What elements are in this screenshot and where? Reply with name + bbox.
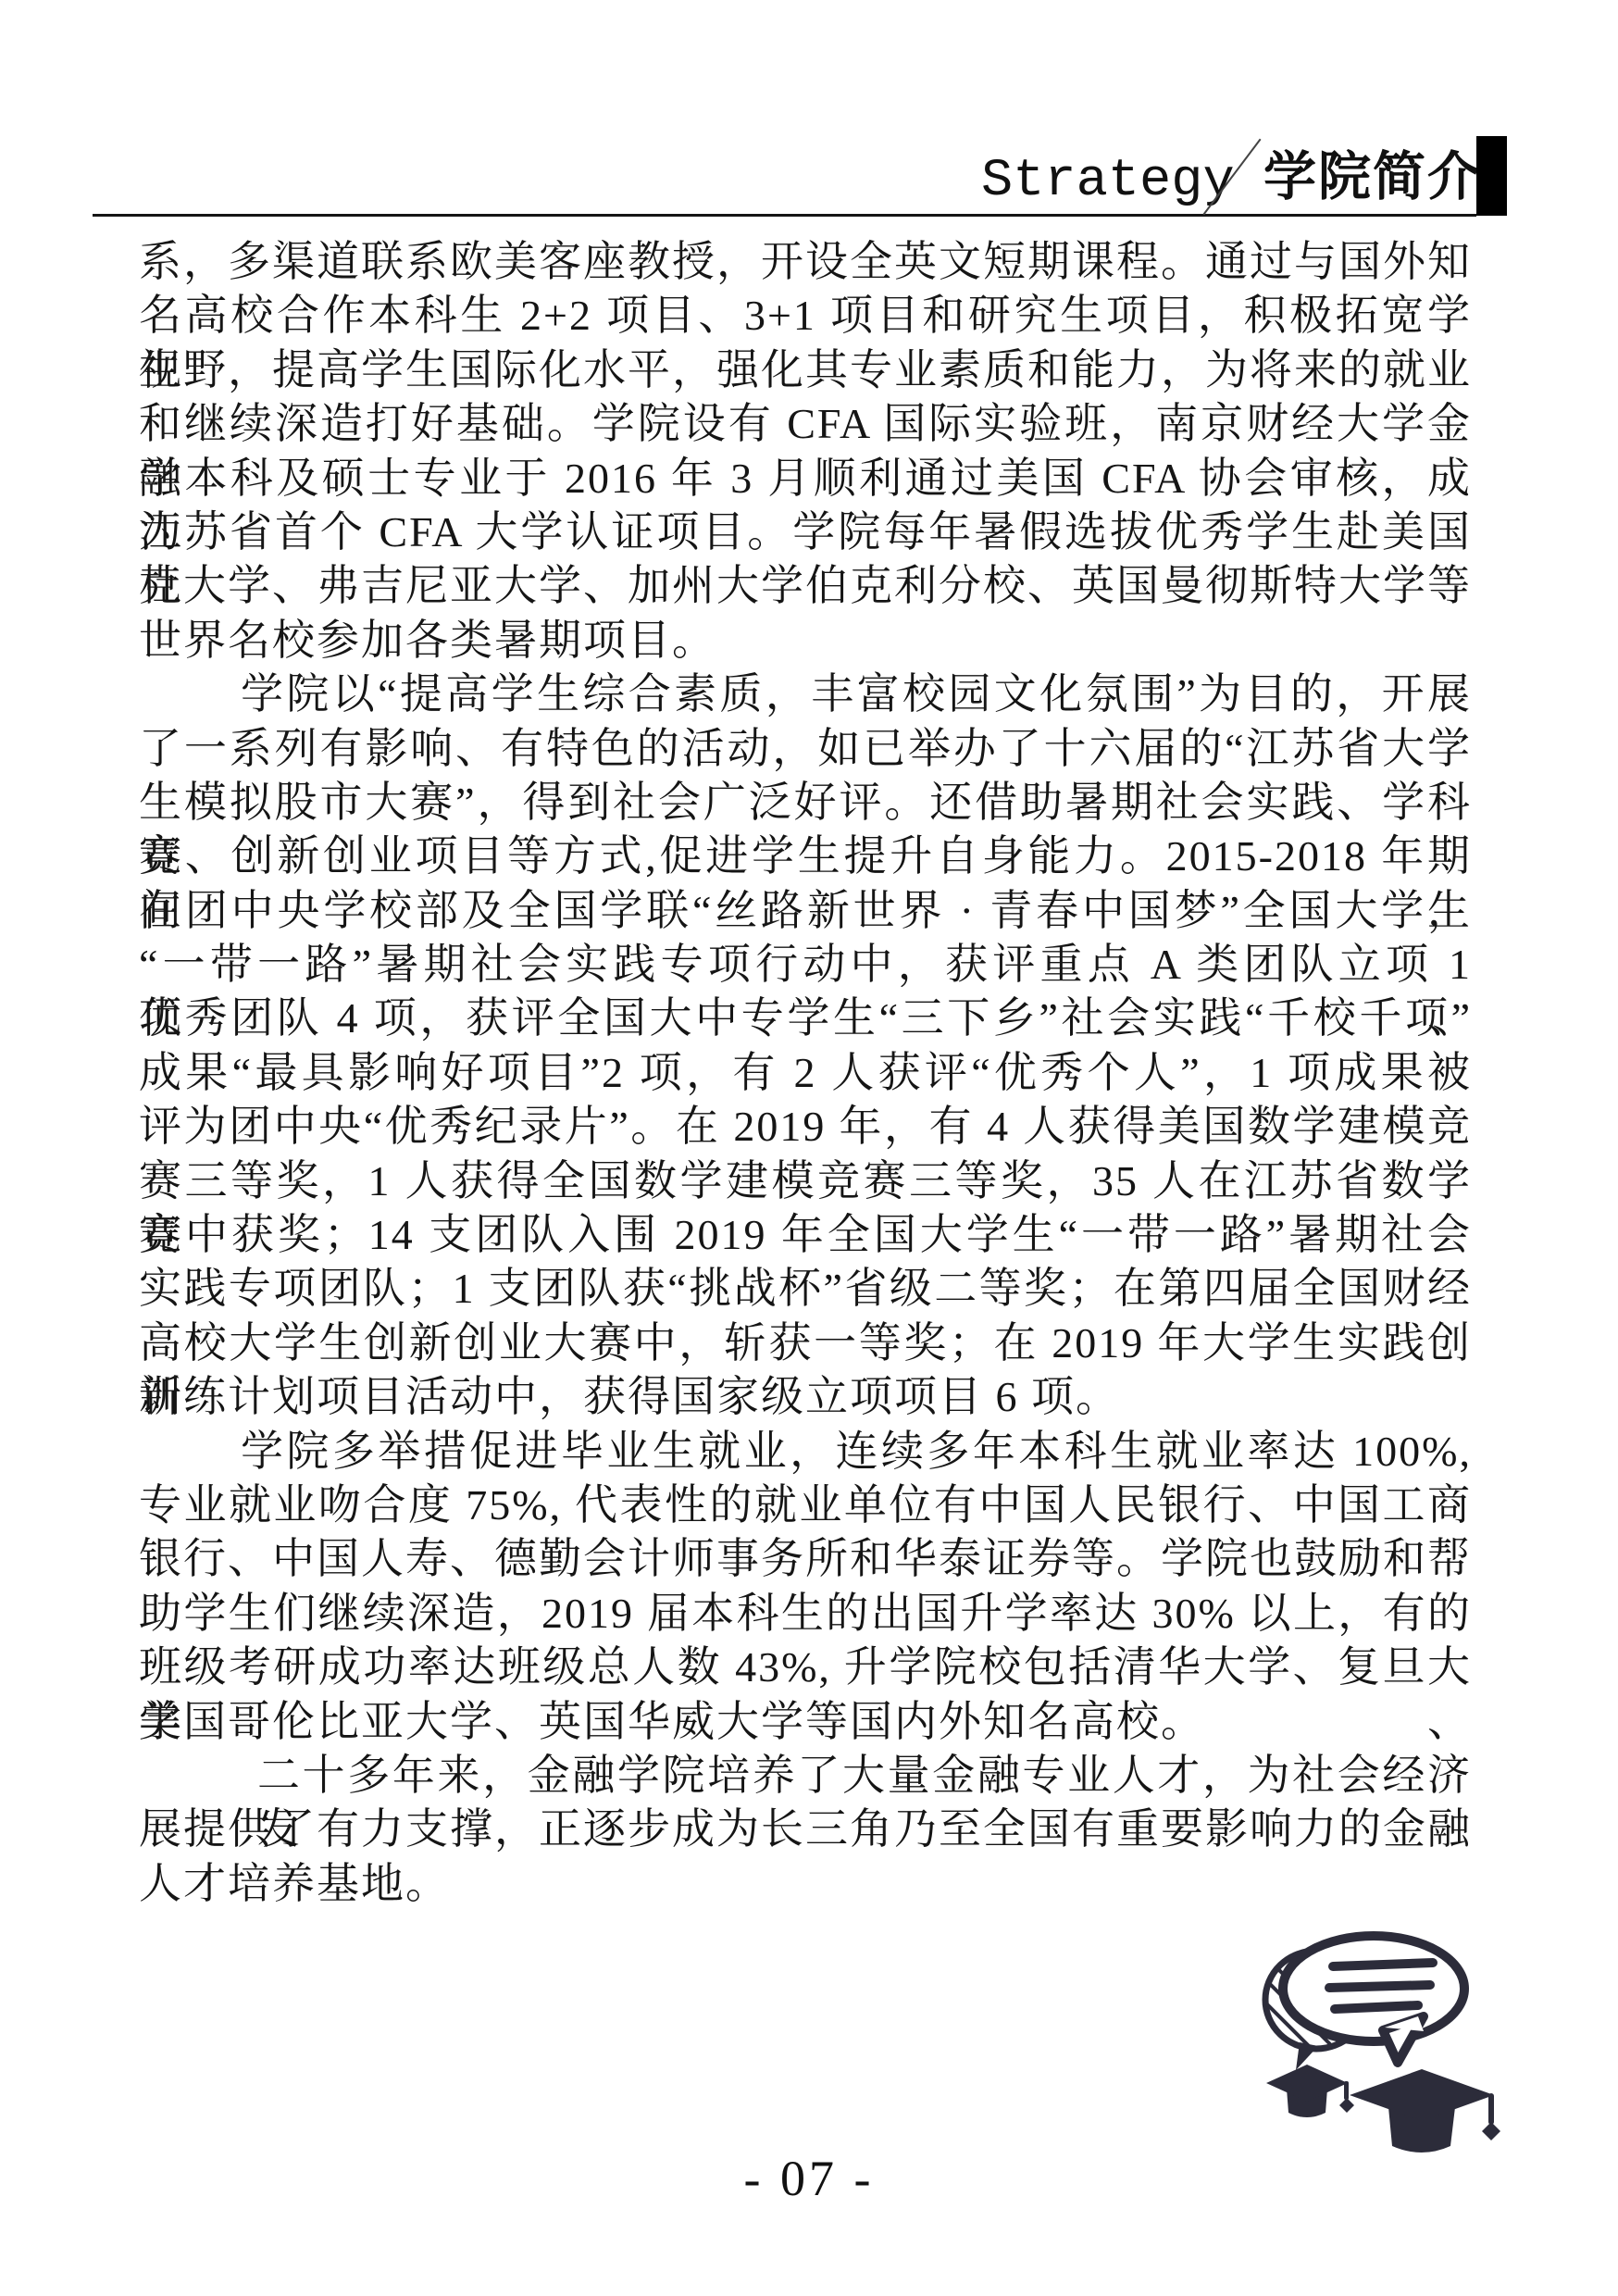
- text-line: 世界名校参加各类暑期项目。: [139, 614, 1472, 668]
- text-line: 人才培养基地。: [139, 1857, 1472, 1911]
- text-line: 江苏省首个 CFA 大学认证项目。学院每年暑假选拔优秀学生赴美国杜: [139, 505, 1472, 559]
- text-line: 学院以“提高学生综合素质，丰富校园文化氛围”为目的，开展: [139, 668, 1472, 721]
- header-black-block: [1476, 136, 1507, 216]
- speech-bubble-icon: [1283, 1936, 1464, 2063]
- text-line: 赛三等奖，1 人获得全国数学建模竞赛三等奖，35 人在江苏省数学竞: [139, 1154, 1472, 1208]
- text-line: 系，多渠道联系欧美客座教授，开设全英文短期课程。通过与国外知: [139, 235, 1472, 289]
- text-line: 视野，提高学生国际化水平，强化其专业素质和能力，为将来的就业: [139, 343, 1472, 397]
- text-line: 实践专项团队；1 支团队获“挑战杯”省级二等奖；在第四届全国财经: [139, 1262, 1472, 1316]
- text-line: 专业就业吻合度 75%, 代表性的就业单位有中国人民银行、中国工商: [139, 1479, 1472, 1532]
- text-line: 二十多年来，金融学院培养了大量金融专业人才，为社会经济发: [139, 1749, 1472, 1803]
- text-line: 训练计划项目活动中，获得国家级立项项目 6 项。: [139, 1370, 1472, 1424]
- body-text: 系，多渠道联系欧美客座教授，开设全英文短期课程。通过与国外知名高校合作本科生 2…: [139, 235, 1472, 1911]
- text-line: 赛、创新创业项目等方式,促进学生提升自身能力。2015-2018 年期间，: [139, 830, 1472, 883]
- text-line: 助学生们继续深造，2019 届本科生的出国升学率达 30% 以上，有的: [139, 1587, 1472, 1641]
- graduation-cap-small-icon: [1266, 2065, 1354, 2117]
- text-line: 银行、中国人寿、德勤会计师事务所和华泰证券等。学院也鼓励和帮: [139, 1532, 1472, 1586]
- header-chinese-title: 学院简介: [1263, 146, 1482, 207]
- speech-bubble-graduation-caps-illustration: [1251, 1924, 1503, 2185]
- header-english-label: Strategy: [981, 154, 1203, 209]
- text-line: 成果“最具影响好项目”2 项，有 2 人获评“优秀个人”，1 项成果被: [139, 1046, 1472, 1100]
- text-line: 学本科及硕士专业于 2016 年 3 月顺利通过美国 CFA 协会审核，成为: [139, 452, 1472, 505]
- text-line: 学院多举措促进毕业生就业，连续多年本科生就业率达 100%,: [139, 1425, 1472, 1479]
- page-number: - 07 -: [0, 2150, 1618, 2207]
- text-line: 和继续深造打好基础。学院设有 CFA 国际实验班，南京财经大学金融: [139, 397, 1472, 451]
- text-line: 克大学、弗吉尼亚大学、加州大学伯克利分校、英国曼彻斯特大学等: [139, 559, 1472, 613]
- text-line: 高校大学生创新创业大赛中，斩获一等奖；在 2019 年大学生实践创新: [139, 1316, 1472, 1370]
- text-line: 了一系列有影响、有特色的活动，如已举办了十六届的“江苏省大学: [139, 722, 1472, 776]
- text-line: 生模拟股市大赛”，得到社会广泛好评。还借助暑期社会实践、学科竞: [139, 776, 1472, 830]
- text-line: 名高校合作本科生 2+2 项目、3+1 项目和研究生项目，积极拓宽学生: [139, 289, 1472, 343]
- text-line: 赛中获奖；14 支团队入围 2019 年全国大学生“一带一路”暑期社会: [139, 1208, 1472, 1262]
- text-line: 在团中央学校部及全国学联“丝路新世界 · 青春中国梦”全国大学生: [139, 884, 1472, 938]
- text-line: 班级考研成功率达班级总人数 43%, 升学院校包括清华大学、复旦大学、: [139, 1641, 1472, 1694]
- document-page: Strategy 学院简介 系，多渠道联系欧美客座教授，开设全英文短期课程。通过…: [0, 0, 1618, 2296]
- header-rule: [93, 214, 1476, 217]
- text-line: 优秀团队 4 项，获评全国大中专学生“三下乡”社会实践“千校千项”: [139, 992, 1472, 1045]
- text-line: 展提供了有力支撑，正逐步成为长三角乃至全国有重要影响力的金融: [139, 1803, 1472, 1856]
- text-line: “一带一路”暑期社会实践专项行动中，获评重点 A 类团队立项 1 项、: [139, 938, 1472, 992]
- graduation-cap-large-icon: [1350, 2069, 1500, 2152]
- text-line: 评为团中央“优秀纪录片”。在 2019 年，有 4 人获得美国数学建模竞: [139, 1100, 1472, 1154]
